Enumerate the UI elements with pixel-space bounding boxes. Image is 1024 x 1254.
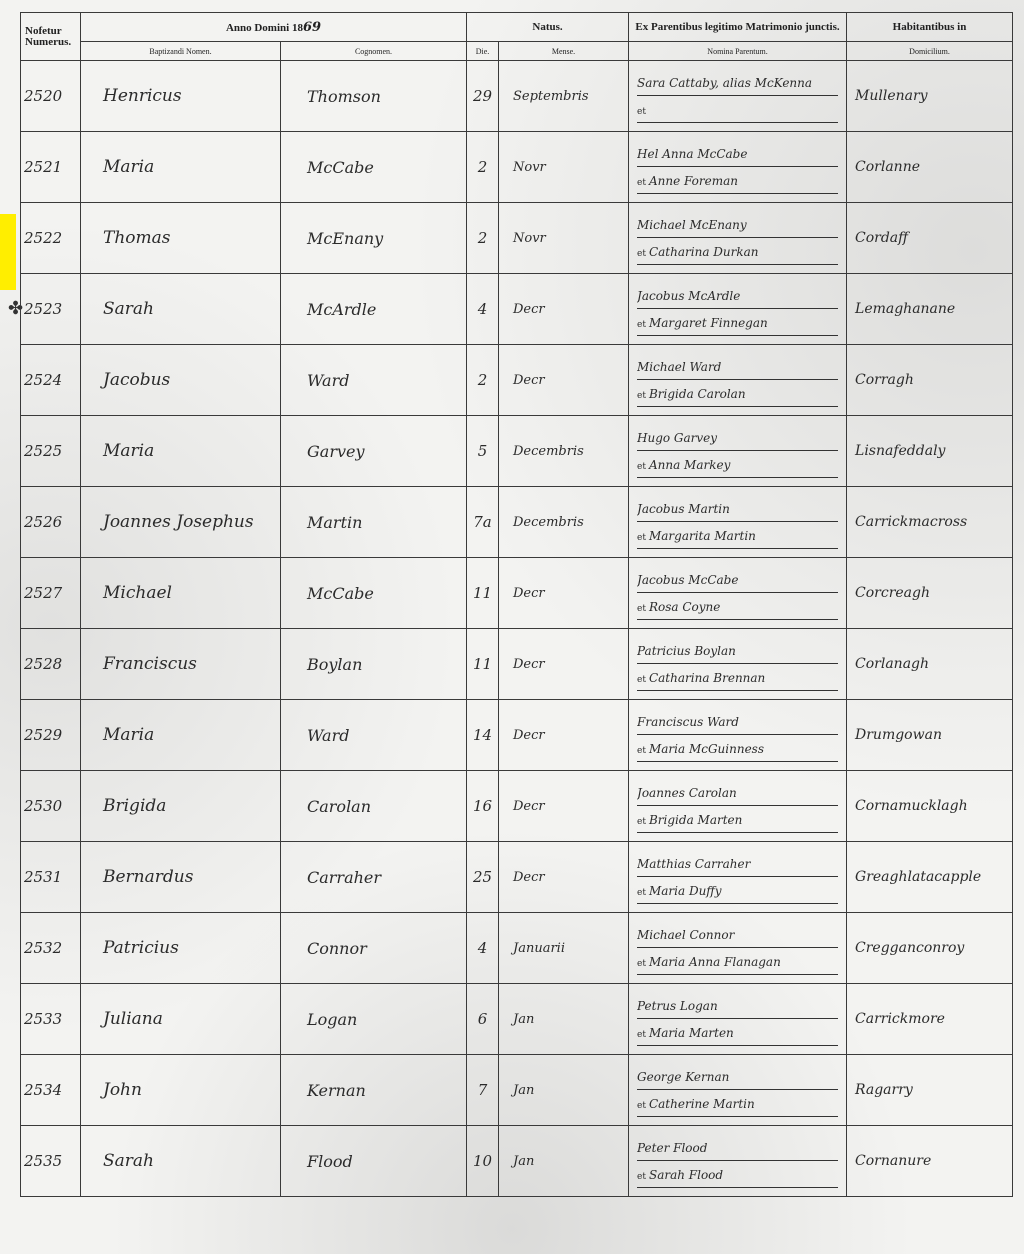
birth-day: 10: [467, 1126, 499, 1197]
mother-line: etMargaret Finnegan: [637, 309, 838, 336]
birth-month: Decr: [499, 345, 629, 416]
mother-line: etMargarita Martin: [637, 522, 838, 549]
table-row: 2528 Franciscus Boylan 11 Decr Patricius…: [21, 629, 1013, 700]
et-label: et: [637, 746, 646, 756]
mother-line: etMaria Duffy: [637, 877, 838, 904]
birth-month: Januarii: [499, 913, 629, 984]
baptismal-name: Michael: [81, 558, 281, 629]
father-name: Michael Connor: [637, 921, 838, 948]
birth-day: 6: [467, 984, 499, 1055]
domicile: Lisnafeddaly: [847, 416, 1013, 487]
et-label: et: [637, 462, 646, 472]
table-row: 2530 Brigida Carolan 16 Decr Joannes Car…: [21, 771, 1013, 842]
baptismal-name: Bernardus: [81, 842, 281, 913]
surname: Flood: [281, 1126, 467, 1197]
birth-month: Decr: [499, 274, 629, 345]
birth-day: 29: [467, 61, 499, 132]
birth-day: 16: [467, 771, 499, 842]
mother-name: Maria Duffy: [649, 884, 722, 898]
birth-month: Decembris: [499, 487, 629, 558]
surname: McEnany: [281, 203, 467, 274]
mother-line: etRosa Coyne: [637, 593, 838, 620]
surname: Logan: [281, 984, 467, 1055]
birth-month: Septembris: [499, 61, 629, 132]
parents-names: Jacobus McCabe etRosa Coyne: [629, 558, 847, 629]
entry-number: 2521: [21, 132, 81, 203]
birth-month: Jan: [499, 1055, 629, 1126]
parents-names: Joannes Carolan etBrigida Marten: [629, 771, 847, 842]
header-anno-domini: Anno Domini 1869: [81, 13, 467, 42]
father-name: Michael Ward: [637, 353, 838, 380]
mother-line: etBrigida Marten: [637, 806, 838, 833]
domicile: Carrickmacross: [847, 487, 1013, 558]
header-baptizandi: Baptizandi Nomen.: [81, 42, 281, 61]
table-row: 2532 Patricius Connor 4 Januarii Michael…: [21, 913, 1013, 984]
domicile: Corcreagh: [847, 558, 1013, 629]
birth-day: 4: [467, 274, 499, 345]
et-label: et: [637, 817, 646, 827]
baptismal-name: Henricus: [81, 61, 281, 132]
entry-number: 2526: [21, 487, 81, 558]
parents-names: Michael Ward etBrigida Carolan: [629, 345, 847, 416]
mother-name: Margaret Finnegan: [649, 316, 768, 330]
birth-day: 2: [467, 203, 499, 274]
mother-line: etAnna Markey: [637, 451, 838, 478]
birth-day: 5: [467, 416, 499, 487]
mother-line: etMaria McGuinness: [637, 735, 838, 762]
baptismal-name: Thomas: [81, 203, 281, 274]
table-row: 2531 Bernardus Carraher 25 Decr Matthias…: [21, 842, 1013, 913]
surname: Connor: [281, 913, 467, 984]
entry-number: 2535: [21, 1126, 81, 1197]
anno-year: 69: [303, 20, 321, 35]
table-row: 2529 Maria Ward 14 Decr Franciscus Ward …: [21, 700, 1013, 771]
baptismal-name: Maria: [81, 132, 281, 203]
birth-month: Decr: [499, 629, 629, 700]
mother-line: etCatharina Brennan: [637, 664, 838, 691]
birth-day: 4: [467, 913, 499, 984]
entry-number: 2525: [21, 416, 81, 487]
header-die: Die.: [467, 42, 499, 61]
domicile: Ragarry: [847, 1055, 1013, 1126]
baptismal-name: Maria: [81, 416, 281, 487]
domicile: Drumgowan: [847, 700, 1013, 771]
surname: McArdle: [281, 274, 467, 345]
table-row: 2523 Sarah McArdle 4 Decr Jacobus McArdl…: [21, 274, 1013, 345]
parents-names: Hel Anna McCabe etAnne Foreman: [629, 132, 847, 203]
et-label: et: [637, 1101, 646, 1111]
parents-names: Jacobus Martin etMargarita Martin: [629, 487, 847, 558]
table-row: 2524 Jacobus Ward 2 Decr Michael Ward et…: [21, 345, 1013, 416]
entry-number: 2524: [21, 345, 81, 416]
baptismal-name: Joannes Josephus: [81, 487, 281, 558]
et-label: et: [637, 675, 646, 685]
parents-names: Hugo Garvey etAnna Markey: [629, 416, 847, 487]
surname: Ward: [281, 700, 467, 771]
mother-name: Anne Foreman: [649, 174, 738, 188]
birth-month: Jan: [499, 1126, 629, 1197]
parents-names: Sara Cattaby, alias McKenna et: [629, 61, 847, 132]
et-label: et: [637, 888, 646, 898]
surname: Thomson: [281, 61, 467, 132]
mother-name: Brigida Marten: [649, 813, 742, 827]
parents-names: Matthias Carraher etMaria Duffy: [629, 842, 847, 913]
mother-name: Catherine Martin: [649, 1097, 755, 1111]
domicile: Cornamucklagh: [847, 771, 1013, 842]
father-name: Matthias Carraher: [637, 850, 838, 877]
yellow-tab-marker: [0, 214, 16, 290]
et-label: et: [637, 533, 646, 543]
entry-number: 2534: [21, 1055, 81, 1126]
birth-month: Decr: [499, 842, 629, 913]
entry-number: 2527: [21, 558, 81, 629]
parents-names: Peter Flood etSarah Flood: [629, 1126, 847, 1197]
domicile: Cregganconroy: [847, 913, 1013, 984]
entry-number: 2520: [21, 61, 81, 132]
entry-number: 2533: [21, 984, 81, 1055]
entry-number: 2531: [21, 842, 81, 913]
baptismal-name: Jacobus: [81, 345, 281, 416]
parents-names: Petrus Logan etMaria Marten: [629, 984, 847, 1055]
father-name: Hugo Garvey: [637, 424, 838, 451]
surname: Carraher: [281, 842, 467, 913]
header-habitantibus: Habitantibus in: [847, 13, 1013, 42]
birth-day: 14: [467, 700, 499, 771]
birth-day: 11: [467, 558, 499, 629]
parents-names: Franciscus Ward etMaria McGuinness: [629, 700, 847, 771]
header-cognomen: Cognomen.: [281, 42, 467, 61]
mother-line: etSarah Flood: [637, 1161, 838, 1188]
father-name: Franciscus Ward: [637, 708, 838, 735]
father-name: Patricius Boylan: [637, 637, 838, 664]
mother-name: Margarita Martin: [649, 529, 756, 543]
domicile: Lemaghanane: [847, 274, 1013, 345]
mother-line: et: [637, 96, 838, 123]
birth-day: 7a: [467, 487, 499, 558]
birth-day: 2: [467, 345, 499, 416]
table-row: 2522 Thomas McEnany 2 Novr Michael McEna…: [21, 203, 1013, 274]
birth-day: 25: [467, 842, 499, 913]
birth-month: Novr: [499, 132, 629, 203]
baptism-register-table: Nofetur Numerus. Anno Domini 1869 Natus.…: [20, 12, 1013, 1197]
birth-day: 11: [467, 629, 499, 700]
father-name: Michael McEnany: [637, 211, 838, 238]
header-natus: Natus.: [467, 13, 629, 42]
parents-names: Michael Connor etMaria Anna Flanagan: [629, 913, 847, 984]
table-row: 2526 Joannes Josephus Martin 7a Decembri…: [21, 487, 1013, 558]
surname: Kernan: [281, 1055, 467, 1126]
domicile: Cordaff: [847, 203, 1013, 274]
domicile: Corlanagh: [847, 629, 1013, 700]
header-nomina-parentum: Nomina Parentum.: [629, 42, 847, 61]
mother-name: Maria McGuinness: [649, 742, 764, 756]
mother-line: etBrigida Carolan: [637, 380, 838, 407]
surname: Boylan: [281, 629, 467, 700]
table-row: 2533 Juliana Logan 6 Jan Petrus Logan et…: [21, 984, 1013, 1055]
birth-day: 2: [467, 132, 499, 203]
table-row: 2520 Henricus Thomson 29 Septembris Sara…: [21, 61, 1013, 132]
et-label: et: [637, 959, 646, 969]
surname: McCabe: [281, 132, 467, 203]
entry-number: 2532: [21, 913, 81, 984]
mother-line: etCatharina Durkan: [637, 238, 838, 265]
mother-name: Rosa Coyne: [649, 600, 720, 614]
mother-line: etMaria Marten: [637, 1019, 838, 1046]
entry-number: 2528: [21, 629, 81, 700]
header-domicilium: Domicilium.: [847, 42, 1013, 61]
mother-line: etMaria Anna Flanagan: [637, 948, 838, 975]
table-row: 2525 Maria Garvey 5 Decembris Hugo Garve…: [21, 416, 1013, 487]
parents-names: Michael McEnany etCatharina Durkan: [629, 203, 847, 274]
mother-name: Maria Marten: [649, 1026, 734, 1040]
domicile: Cornanure: [847, 1126, 1013, 1197]
mother-name: Brigida Carolan: [649, 387, 746, 401]
et-label: et: [637, 604, 646, 614]
baptismal-name: Juliana: [81, 984, 281, 1055]
table-row: 2521 Maria McCabe 2 Novr Hel Anna McCabe…: [21, 132, 1013, 203]
header-mense: Mense.: [499, 42, 629, 61]
et-label: et: [637, 107, 646, 117]
et-label: et: [637, 178, 646, 188]
header-parentibus: Ex Parentibus legitimo Matrimonio juncti…: [629, 13, 847, 42]
table-row: 2527 Michael McCabe 11 Decr Jacobus McCa…: [21, 558, 1013, 629]
birth-month: Decr: [499, 558, 629, 629]
surname: McCabe: [281, 558, 467, 629]
father-name: Sara Cattaby, alias McKenna: [637, 69, 838, 96]
table-row: 2534 John Kernan 7 Jan George Kernan etC…: [21, 1055, 1013, 1126]
birth-month: Novr: [499, 203, 629, 274]
father-name: Jacobus Martin: [637, 495, 838, 522]
baptismal-name: Brigida: [81, 771, 281, 842]
domicile: Carrickmore: [847, 984, 1013, 1055]
baptismal-name: Franciscus: [81, 629, 281, 700]
father-name: Jacobus McArdle: [637, 282, 838, 309]
parents-names: Jacobus McArdle etMargaret Finnegan: [629, 274, 847, 345]
father-name: Petrus Logan: [637, 992, 838, 1019]
header-numerus: Nofetur Numerus.: [21, 13, 81, 61]
birth-month: Jan: [499, 984, 629, 1055]
table-row: 2535 Sarah Flood 10 Jan Peter Flood etSa…: [21, 1126, 1013, 1197]
baptismal-name: Patricius: [81, 913, 281, 984]
mother-name: Maria Anna Flanagan: [649, 955, 781, 969]
domicile: Corragh: [847, 345, 1013, 416]
entry-number: 2523: [21, 274, 81, 345]
mother-line: etCatherine Martin: [637, 1090, 838, 1117]
parents-names: George Kernan etCatherine Martin: [629, 1055, 847, 1126]
father-name: Joannes Carolan: [637, 779, 838, 806]
birth-month: Decr: [499, 700, 629, 771]
surname: Ward: [281, 345, 467, 416]
et-label: et: [637, 249, 646, 259]
father-name: George Kernan: [637, 1063, 838, 1090]
father-name: Peter Flood: [637, 1134, 838, 1161]
domicile: Corlanne: [847, 132, 1013, 203]
surname: Martin: [281, 487, 467, 558]
father-name: Jacobus McCabe: [637, 566, 838, 593]
et-label: et: [637, 391, 646, 401]
surname: Carolan: [281, 771, 467, 842]
baptismal-name: Sarah: [81, 274, 281, 345]
domicile: Greaghlatacapple: [847, 842, 1013, 913]
anno-label: Anno Domini 18: [226, 22, 303, 34]
mother-name: Anna Markey: [649, 458, 730, 472]
birth-month: Decr: [499, 771, 629, 842]
mother-name: Catharina Durkan: [649, 245, 759, 259]
entry-number: 2522: [21, 203, 81, 274]
domicile: Mullenary: [847, 61, 1013, 132]
baptismal-name: Sarah: [81, 1126, 281, 1197]
et-label: et: [637, 1172, 646, 1182]
birth-month: Decembris: [499, 416, 629, 487]
parents-names: Patricius Boylan etCatharina Brennan: [629, 629, 847, 700]
et-label: et: [637, 320, 646, 330]
entry-number: 2529: [21, 700, 81, 771]
mother-name: Sarah Flood: [649, 1168, 723, 1182]
mother-name: Catharina Brennan: [649, 671, 765, 685]
et-label: et: [637, 1030, 646, 1040]
father-name: Hel Anna McCabe: [637, 140, 838, 167]
surname: Garvey: [281, 416, 467, 487]
baptismal-name: Maria: [81, 700, 281, 771]
birth-day: 7: [467, 1055, 499, 1126]
mother-line: etAnne Foreman: [637, 167, 838, 194]
baptismal-name: John: [81, 1055, 281, 1126]
entry-number: 2530: [21, 771, 81, 842]
